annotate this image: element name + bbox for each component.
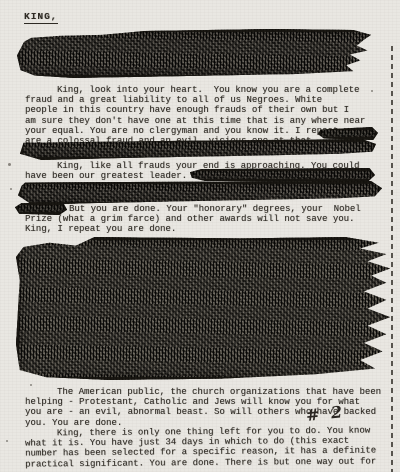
scan-edge-artifact <box>391 46 393 472</box>
handwritten-page-mark: # 2 <box>305 402 346 425</box>
paper-speck <box>30 384 32 386</box>
text-line: am sure they don't have one at this time… <box>25 116 365 126</box>
text-line: fraud and a great liability to all of us… <box>25 95 365 105</box>
text-line: The American public, the church organiza… <box>25 387 381 397</box>
text-line: King, look into your heart. You know you… <box>25 85 365 95</box>
redaction-band-2 <box>18 181 382 205</box>
paper-speck <box>371 90 373 92</box>
paper-speck <box>6 440 8 442</box>
text-line: Prize (what a grim farce) and other awar… <box>25 214 361 224</box>
text-line: your equal. You are no clergyman and you… <box>25 126 365 136</box>
redaction-inline-after-leader <box>190 168 375 182</box>
text-line: people in this country have enough fraud… <box>25 105 365 115</box>
text-line: But you are done. Your "honorary" degree… <box>25 204 361 214</box>
paragraph-3: But you are done. Your "honorary" degree… <box>25 204 361 235</box>
paragraph-5: King, there is only one thing left for y… <box>25 425 376 469</box>
paper-speck <box>10 188 12 190</box>
redaction-block-below-salutation <box>17 29 371 78</box>
paper-speck <box>8 163 11 166</box>
salutation: KING, <box>24 11 58 24</box>
text-line: King, I repeat you are done. <box>25 224 361 234</box>
paragraph-1: King, look into your heart. You know you… <box>25 85 365 146</box>
redaction-large-block <box>16 237 390 380</box>
scanned-letter-page: KING, King, look into your heart. You kn… <box>0 0 400 472</box>
